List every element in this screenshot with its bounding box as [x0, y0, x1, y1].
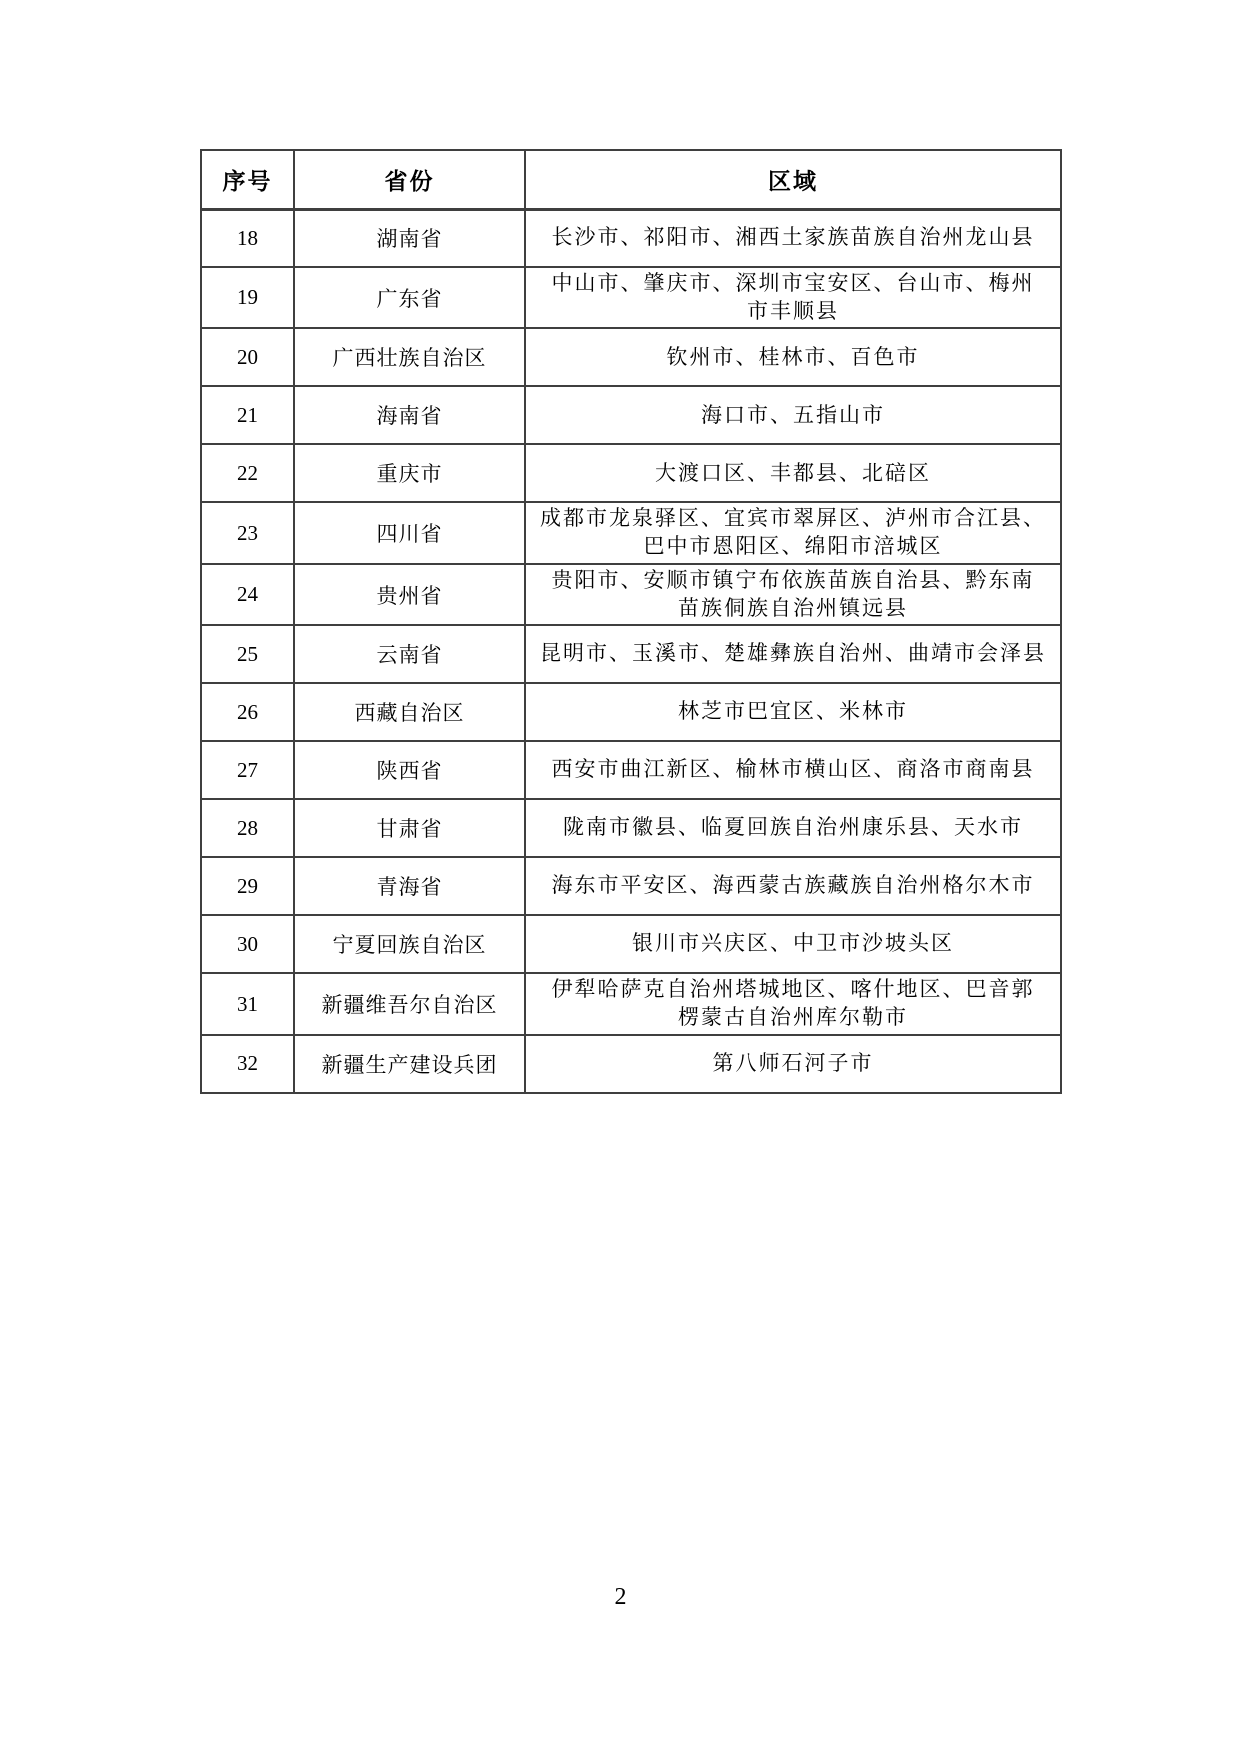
row-region-cell: 银川市兴庆区、中卫市沙坡头区 [525, 915, 1061, 973]
row-seq-cell: 18 [201, 209, 294, 267]
row-seq-cell: 29 [201, 857, 294, 915]
row-province-cell: 海南省 [294, 386, 525, 444]
row-province-cell: 贵州省 [294, 564, 525, 625]
table-row: 24 贵州省 贵阳市、安顺市镇宁布依族苗族自治县、黔东南 苗族侗族自治州镇远县 [201, 564, 1061, 625]
table-row: 23 四川省 成都市龙泉驿区、宜宾市翠屏区、泸州市合江县、 巴中市恩阳区、绵阳市… [201, 502, 1061, 563]
table-row: 31 新疆维吾尔自治区 伊犁哈萨克自治州塔城地区、喀什地区、巴音郭 楞蒙古自治州… [201, 973, 1061, 1034]
table-row: 21 海南省 海口市、五指山市 [201, 386, 1061, 444]
page-number: 2 [0, 1584, 1241, 1611]
table-header-row: 序号 省份 区域 [201, 150, 1061, 209]
table-row: 25 云南省 昆明市、玉溪市、楚雄彝族自治州、曲靖市会泽县 [201, 625, 1061, 683]
row-region-cell: 陇南市徽县、临夏回族自治州康乐县、天水市 [525, 799, 1061, 857]
document-page: 序号 省份 区域 18 湖南省 长沙市、祁阳市、湘西土家族苗族自治州龙山县 19… [0, 0, 1241, 1755]
row-province-cell: 广东省 [294, 267, 525, 328]
row-province-cell: 湖南省 [294, 209, 525, 267]
table-row: 22 重庆市 大渡口区、丰都县、北碚区 [201, 444, 1061, 502]
row-region-cell: 海口市、五指山市 [525, 386, 1061, 444]
row-seq-cell: 23 [201, 502, 294, 563]
table-row: 26 西藏自治区 林芝市巴宜区、米林市 [201, 683, 1061, 741]
row-region-cell: 伊犁哈萨克自治州塔城地区、喀什地区、巴音郭 楞蒙古自治州库尔勒市 [525, 973, 1061, 1034]
row-seq-cell: 30 [201, 915, 294, 973]
row-region-cell: 钦州市、桂林市、百色市 [525, 328, 1061, 386]
row-seq-cell: 21 [201, 386, 294, 444]
table-row: 19 广东省 中山市、肇庆市、深圳市宝安区、台山市、梅州 市丰顺县 [201, 267, 1061, 328]
row-seq-cell: 31 [201, 973, 294, 1034]
row-seq-cell: 19 [201, 267, 294, 328]
province-region-table: 序号 省份 区域 18 湖南省 长沙市、祁阳市、湘西土家族苗族自治州龙山县 19… [200, 149, 1062, 1094]
row-region-cell: 第八师石河子市 [525, 1035, 1061, 1093]
row-seq-cell: 32 [201, 1035, 294, 1093]
row-seq-cell: 24 [201, 564, 294, 625]
row-region-cell: 中山市、肇庆市、深圳市宝安区、台山市、梅州 市丰顺县 [525, 267, 1061, 328]
row-province-cell: 宁夏回族自治区 [294, 915, 525, 973]
column-header-province: 省份 [294, 150, 525, 209]
column-header-region: 区域 [525, 150, 1061, 209]
table-row: 28 甘肃省 陇南市徽县、临夏回族自治州康乐县、天水市 [201, 799, 1061, 857]
row-region-cell: 成都市龙泉驿区、宜宾市翠屏区、泸州市合江县、 巴中市恩阳区、绵阳市涪城区 [525, 502, 1061, 563]
row-seq-cell: 20 [201, 328, 294, 386]
row-province-cell: 新疆维吾尔自治区 [294, 973, 525, 1034]
row-region-cell: 林芝市巴宜区、米林市 [525, 683, 1061, 741]
row-province-cell: 广西壮族自治区 [294, 328, 525, 386]
table-row: 30 宁夏回族自治区 银川市兴庆区、中卫市沙坡头区 [201, 915, 1061, 973]
row-province-cell: 甘肃省 [294, 799, 525, 857]
column-header-seq: 序号 [201, 150, 294, 209]
row-seq-cell: 28 [201, 799, 294, 857]
row-seq-cell: 27 [201, 741, 294, 799]
table-row: 27 陕西省 西安市曲江新区、榆林市横山区、商洛市商南县 [201, 741, 1061, 799]
row-region-cell: 昆明市、玉溪市、楚雄彝族自治州、曲靖市会泽县 [525, 625, 1061, 683]
row-province-cell: 青海省 [294, 857, 525, 915]
row-region-cell: 长沙市、祁阳市、湘西土家族苗族自治州龙山县 [525, 209, 1061, 267]
row-region-cell: 西安市曲江新区、榆林市横山区、商洛市商南县 [525, 741, 1061, 799]
row-province-cell: 云南省 [294, 625, 525, 683]
row-seq-cell: 26 [201, 683, 294, 741]
row-province-cell: 四川省 [294, 502, 525, 563]
row-region-cell: 大渡口区、丰都县、北碚区 [525, 444, 1061, 502]
row-region-cell: 贵阳市、安顺市镇宁布依族苗族自治县、黔东南 苗族侗族自治州镇远县 [525, 564, 1061, 625]
row-region-cell: 海东市平安区、海西蒙古族藏族自治州格尔木市 [525, 857, 1061, 915]
row-seq-cell: 25 [201, 625, 294, 683]
row-province-cell: 陕西省 [294, 741, 525, 799]
row-province-cell: 新疆生产建设兵团 [294, 1035, 525, 1093]
table-row: 29 青海省 海东市平安区、海西蒙古族藏族自治州格尔木市 [201, 857, 1061, 915]
table-body: 18 湖南省 长沙市、祁阳市、湘西土家族苗族自治州龙山县 19 广东省 中山市、… [201, 209, 1061, 1093]
table-row: 18 湖南省 长沙市、祁阳市、湘西土家族苗族自治州龙山县 [201, 209, 1061, 267]
table-row: 20 广西壮族自治区 钦州市、桂林市、百色市 [201, 328, 1061, 386]
table-row: 32 新疆生产建设兵团 第八师石河子市 [201, 1035, 1061, 1093]
row-seq-cell: 22 [201, 444, 294, 502]
row-province-cell: 西藏自治区 [294, 683, 525, 741]
row-province-cell: 重庆市 [294, 444, 525, 502]
